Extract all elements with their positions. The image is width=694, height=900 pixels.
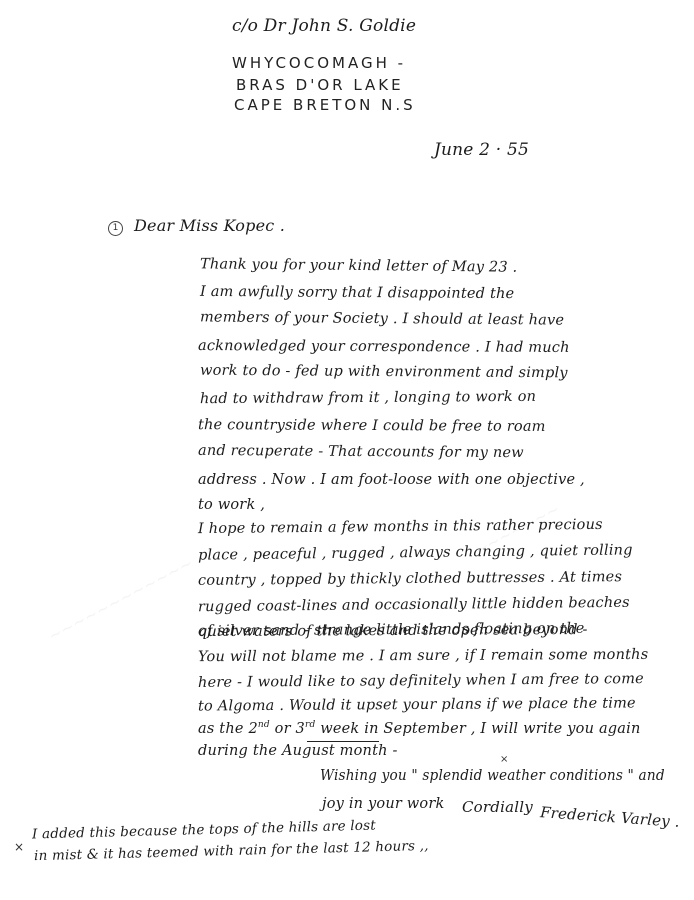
schedule-underlined-word: week (315, 721, 359, 737)
body-line: acknowledged your correspondence . I had… (198, 338, 570, 356)
schedule-sup-nd: nd (258, 720, 270, 730)
underline-mark (307, 741, 379, 742)
schedule-suffix: in September , I will write you again (359, 721, 640, 737)
footnote-mark: × (14, 840, 24, 854)
address-line-2: BRAS D'OR LAKE (236, 76, 404, 94)
schedule-sup-rd: rd (305, 720, 315, 730)
body-line: had to withdraw from it , longing to wor… (200, 389, 536, 407)
page-number-badge: 1 (108, 221, 123, 236)
body-line: Thank you for your kind letter of May 23… (200, 256, 518, 275)
closing-line-3: joy in your work (322, 796, 444, 812)
address-line-3: CAPE BRETON N.S (234, 96, 416, 114)
closing-line-1: during the August month - (198, 743, 398, 759)
salutation: Dear Miss Kopec . (134, 216, 285, 235)
body-line: I hope to remain a few months in this ra… (198, 517, 603, 537)
body-line: members of your Society . I should at le… (200, 309, 564, 328)
body-line: to Algoma . Would it upset your plans if… (198, 695, 636, 714)
letter-date: June 2 · 55 (434, 140, 529, 160)
footnote-line-1: I added this because the tops of the hil… (32, 818, 376, 843)
body-line: You will not blame me . I am sure , if I… (198, 647, 648, 665)
address-care-of: c/o Dr John S. Goldie (232, 16, 416, 36)
body-line: country , topped by thickly clothed butt… (198, 569, 622, 589)
schedule-prefix: as the 2 (198, 721, 258, 737)
schedule-mid: or (270, 721, 296, 737)
body-line: to work , (198, 497, 265, 513)
closing-line-2: Wishing you " splendid weather condition… (320, 768, 665, 784)
body-line: work to do - fed up with environment and… (200, 363, 568, 382)
address-line-1: WHYCOCOMAGH - (232, 54, 406, 72)
body-line: I am awfully sorry that I disappointed t… (200, 284, 514, 302)
body-line: place , peaceful , rugged , always chang… (198, 542, 633, 563)
body-line: the countryside where I could be free to… (198, 417, 546, 435)
schedule-underlined-num: 3 (296, 721, 305, 737)
body-line: rugged coast-lines and occasionally litt… (198, 595, 630, 616)
body-line: quiet waters of the lakes and the open s… (198, 622, 588, 640)
body-line: here - I would like to say definitely wh… (198, 671, 644, 691)
letter-page: ~~~~~~~~~~~~ ~~~~~~~ c/o Dr John S. Gold… (0, 0, 694, 900)
bleed-through-mark: ~~~~~~~~~~~~ (45, 553, 196, 645)
footnote-line-2: in mist & it has teemed with rain for th… (34, 838, 429, 864)
complimentary-close: Cordially (462, 798, 533, 816)
body-line: and recuperate - That accounts for my ne… (198, 443, 524, 461)
body-line: address . Now . I am foot-loose with one… (198, 472, 585, 488)
body-line-schedule: as the 2nd or 3rd week in September , I … (198, 720, 641, 737)
signature: Frederick Varley . (540, 803, 681, 831)
asterisk-mark: × (500, 754, 508, 765)
